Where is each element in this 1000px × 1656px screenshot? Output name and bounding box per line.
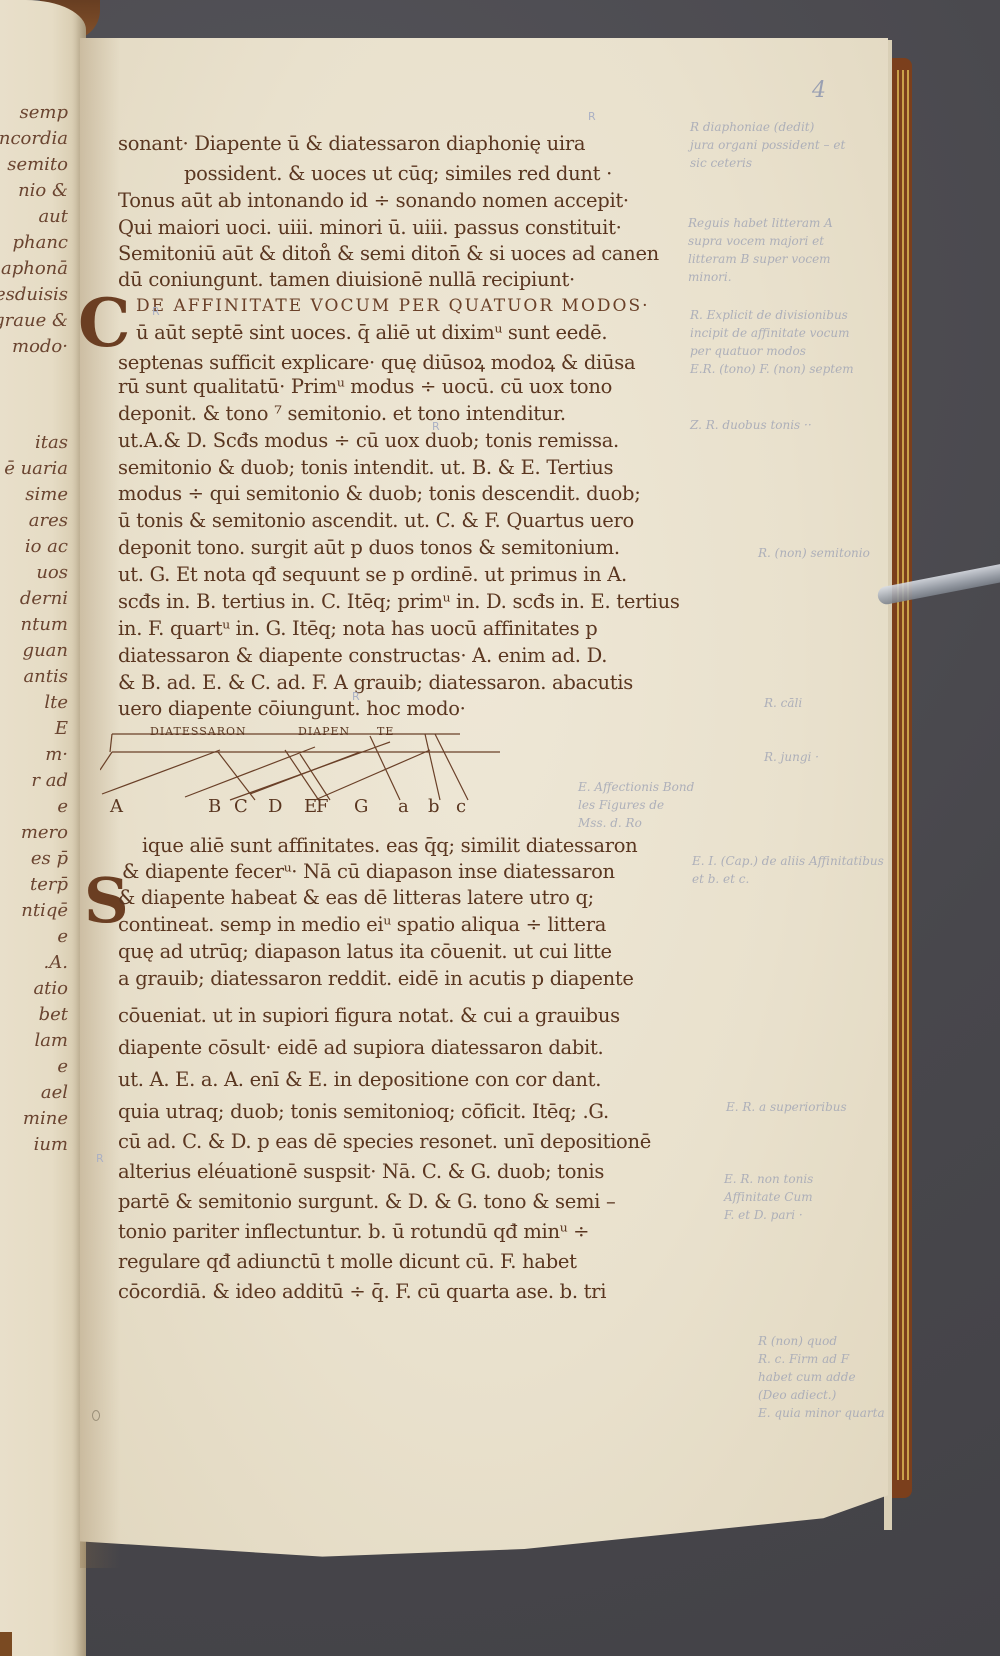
text-line: rū sunt qualitatū· Primᵘ modus ÷ uocū. c…	[118, 375, 612, 398]
pencil-annotation: R. Explicit de divisionibus incipit de a…	[690, 306, 854, 378]
text-line: deponit tono. surgit aūt p duos tonos & …	[118, 536, 620, 559]
binding-tab	[0, 1632, 12, 1656]
pencil-annotation: R (non) quod R. c. Firm ad F habet cum a…	[758, 1332, 885, 1422]
text-line: Qui maiori uoci. uiii. minori ū. uiii. p…	[118, 216, 622, 239]
text-line: tonio pariter inflectuntur. b. ū rotundū…	[118, 1220, 589, 1243]
left-fragment: aphonā	[0, 256, 80, 282]
pencil-annotation: E. R. a superioribus	[726, 1098, 847, 1116]
diagram-label-diatessaron: DIATESSARON	[150, 725, 247, 738]
pencil-annotation: R. cāli	[764, 694, 802, 712]
folio-number: 4	[812, 78, 826, 103]
pencil-r-mark: R	[588, 110, 596, 123]
left-fragment: ium	[0, 1132, 80, 1158]
left-fragment: r ad	[0, 768, 80, 794]
left-fragment: esduisis	[0, 282, 80, 308]
left-fragment: ntiqē	[0, 898, 80, 924]
text-line: ū aūt septē sint uoces. q̄ aliē ut dixim…	[136, 321, 607, 344]
note-letter: F	[316, 796, 329, 817]
pencil-annotation: E. I. (Cap.) de aliis Affinitatibus et b…	[692, 852, 884, 888]
diagram-note-letters: A B C D E F G a b c	[108, 796, 508, 820]
text-line: semitonio & duob; tonis intendit. ut. B.…	[118, 456, 613, 479]
text-line: quia utraq; duob; tonis semitonioq; cōfi…	[118, 1100, 609, 1123]
text-line: diatessaron & diapente constructas· A. e…	[118, 644, 607, 667]
left-fragment: phanc	[0, 230, 80, 256]
text-line: cōcordiā. & ideo additū ÷ q̄. F. cū quar…	[118, 1280, 606, 1303]
text-line: a grauib; diatessaron reddit. eidē in ac…	[118, 967, 634, 990]
text-line: ique aliē sunt affinitates. eas q̄q; sim…	[142, 834, 637, 857]
note-letter: a	[398, 796, 409, 817]
left-fragment: es p̄	[0, 846, 80, 872]
gilt-line	[902, 70, 904, 1480]
left-fragment: modo·	[0, 334, 80, 360]
left-page-text-fragments: semp concordia semito nio & aut phanc ap…	[0, 100, 80, 1158]
parchment-hole	[92, 1410, 100, 1421]
left-fragment: e	[0, 1054, 80, 1080]
text-line: scđs in. B. tertius in. C. Itēq; primᵘ i…	[118, 590, 680, 613]
text-line: cōueniat. ut in supiori figura notat. & …	[118, 1004, 620, 1027]
left-fragment: bet	[0, 1002, 80, 1028]
chapter-heading: DE AFFINITATE VOCUM PER QUATUOR MODOS·	[136, 296, 650, 316]
text-line: Tonus aūt ab intonando id ÷ sonando nome…	[118, 189, 629, 212]
text-line: quę ad utrūq; diapason latus ita cōuenit…	[118, 940, 612, 963]
left-fragment: semito	[0, 152, 80, 178]
pencil-annotation: R. jungi ·	[764, 748, 819, 766]
pencil-annotation: R diaphoniae (dedit) jura organi posside…	[690, 118, 845, 172]
left-fragment: mine	[0, 1106, 80, 1132]
text-line: ut.A.& D. Scđs modus ÷ cū uox duob; toni…	[118, 429, 619, 452]
left-fragment: .A.	[0, 950, 80, 976]
pencil-annotation: E. Affectionis Bond les Figures de Mss. …	[578, 778, 694, 832]
text-line: deponit. & tono ⁷ semitonio. et tono int…	[118, 402, 566, 425]
left-fragment: semp	[0, 100, 80, 126]
left-fragment: nio &	[0, 178, 80, 204]
note-letter: c	[456, 796, 466, 817]
text-line: contineat. semp in medio eiᵘ spatio aliq…	[118, 913, 606, 936]
left-fragment: atio	[0, 976, 80, 1002]
left-fragment: graue &	[0, 308, 80, 334]
text-line: & diapente habeat & eas dē litteras late…	[118, 886, 594, 909]
note-letter: A	[110, 796, 123, 817]
pencil-annotation: Z. R. duobus tonis ··	[690, 416, 812, 434]
text-line: & B. ad. E. & C. ad. F. A grauib; diates…	[118, 671, 633, 694]
left-page: semp concordia semito nio & aut phanc ap…	[0, 0, 86, 1656]
left-fragment: uos	[0, 560, 80, 586]
left-fragment: e	[0, 924, 80, 950]
text-line: modus ÷ qui semitonio & duob; tonis desc…	[118, 482, 640, 505]
text-line: cū ad. C. & D. p eas dē species resonet.…	[118, 1130, 651, 1153]
gilt-line	[907, 70, 909, 1480]
left-fragment: sime	[0, 482, 80, 508]
left-fragment: antis	[0, 664, 80, 690]
left-fragment: ael	[0, 1080, 80, 1106]
diagram-label-te: TE	[377, 725, 394, 738]
left-fragment: concordia	[0, 126, 80, 152]
note-letter: b	[428, 796, 440, 817]
note-letter: G	[354, 796, 368, 817]
pencil-r-mark: R	[96, 1152, 104, 1165]
note-letter: B	[208, 796, 221, 817]
diagram-label-diapente: DIAPEN	[298, 725, 350, 738]
text-line: septenas sufficit explicare· quę diūsoꝝ …	[118, 348, 635, 375]
text-line: ut. A. E. a. A. enī & E. in depositione …	[118, 1068, 601, 1091]
left-fragment: E	[0, 716, 80, 742]
decorated-initial-c: C	[78, 290, 131, 356]
text-line: diapente cōsult· eidē ad supiora diatess…	[118, 1036, 603, 1059]
text-line: & diapente fecerᵘ· Nā cū diapason inse d…	[122, 860, 615, 883]
left-fragment: m·	[0, 742, 80, 768]
left-fragment: lte	[0, 690, 80, 716]
text-line: uero diapente cōiungunt. hoc modo·	[118, 697, 466, 720]
pencil-annotation: R. (non) semitonio	[758, 544, 870, 562]
text-line: ū tonis & semitonio ascendit. ut. C. & F…	[118, 509, 634, 532]
gilt-line	[897, 70, 899, 1480]
left-fragment: aut	[0, 204, 80, 230]
left-fragment: io ac	[0, 534, 80, 560]
text-line: partē & semitonio surgunt. & D. & G. ton…	[118, 1190, 615, 1213]
left-fragment: e	[0, 794, 80, 820]
left-fragment: ares	[0, 508, 80, 534]
text-line: possident. & uoces ut cūq; similes red d…	[184, 162, 612, 185]
text-line: ut. G. Et nota qđ sequunt se p ordinē. u…	[118, 563, 627, 586]
left-fragment: terp̄	[0, 872, 80, 898]
pencil-r-mark: R	[152, 305, 160, 318]
pencil-r-mark: R	[432, 420, 440, 433]
text-line: Semitoniū aūt & diton̊ & semi diton̄ & s…	[118, 242, 659, 265]
text-line: alterius eléuationē suspsit· Nā. C. & G.…	[118, 1160, 604, 1183]
left-fragment: guan	[0, 638, 80, 664]
note-letter: D	[268, 796, 282, 817]
left-fragment: itas	[0, 430, 80, 456]
text-line: regulare qđ adiunctū t molle dicunt cū. …	[118, 1250, 577, 1273]
left-fragment: ē uaria	[0, 456, 80, 482]
left-fragment: lam	[0, 1028, 80, 1054]
left-fragment: ntum	[0, 612, 80, 638]
pencil-annotation: E. R. non tonis Affinitate Cum F. et D. …	[724, 1170, 813, 1224]
text-line: in. F. quartᵘ in. G. Itēq; nota has uocū…	[118, 617, 597, 640]
text-line: sonant· Diapente ū & diatessaron diaphon…	[118, 132, 585, 155]
pencil-annotation: Reguis habet litteram A supra vocem majo…	[688, 214, 833, 286]
pencil-r-mark: R	[352, 690, 360, 703]
text-line: dū coniungunt. tamen diuisionē nullā rec…	[118, 268, 575, 291]
left-fragment: derni	[0, 586, 80, 612]
left-fragment: mero	[0, 820, 80, 846]
note-letter: C	[234, 796, 248, 817]
